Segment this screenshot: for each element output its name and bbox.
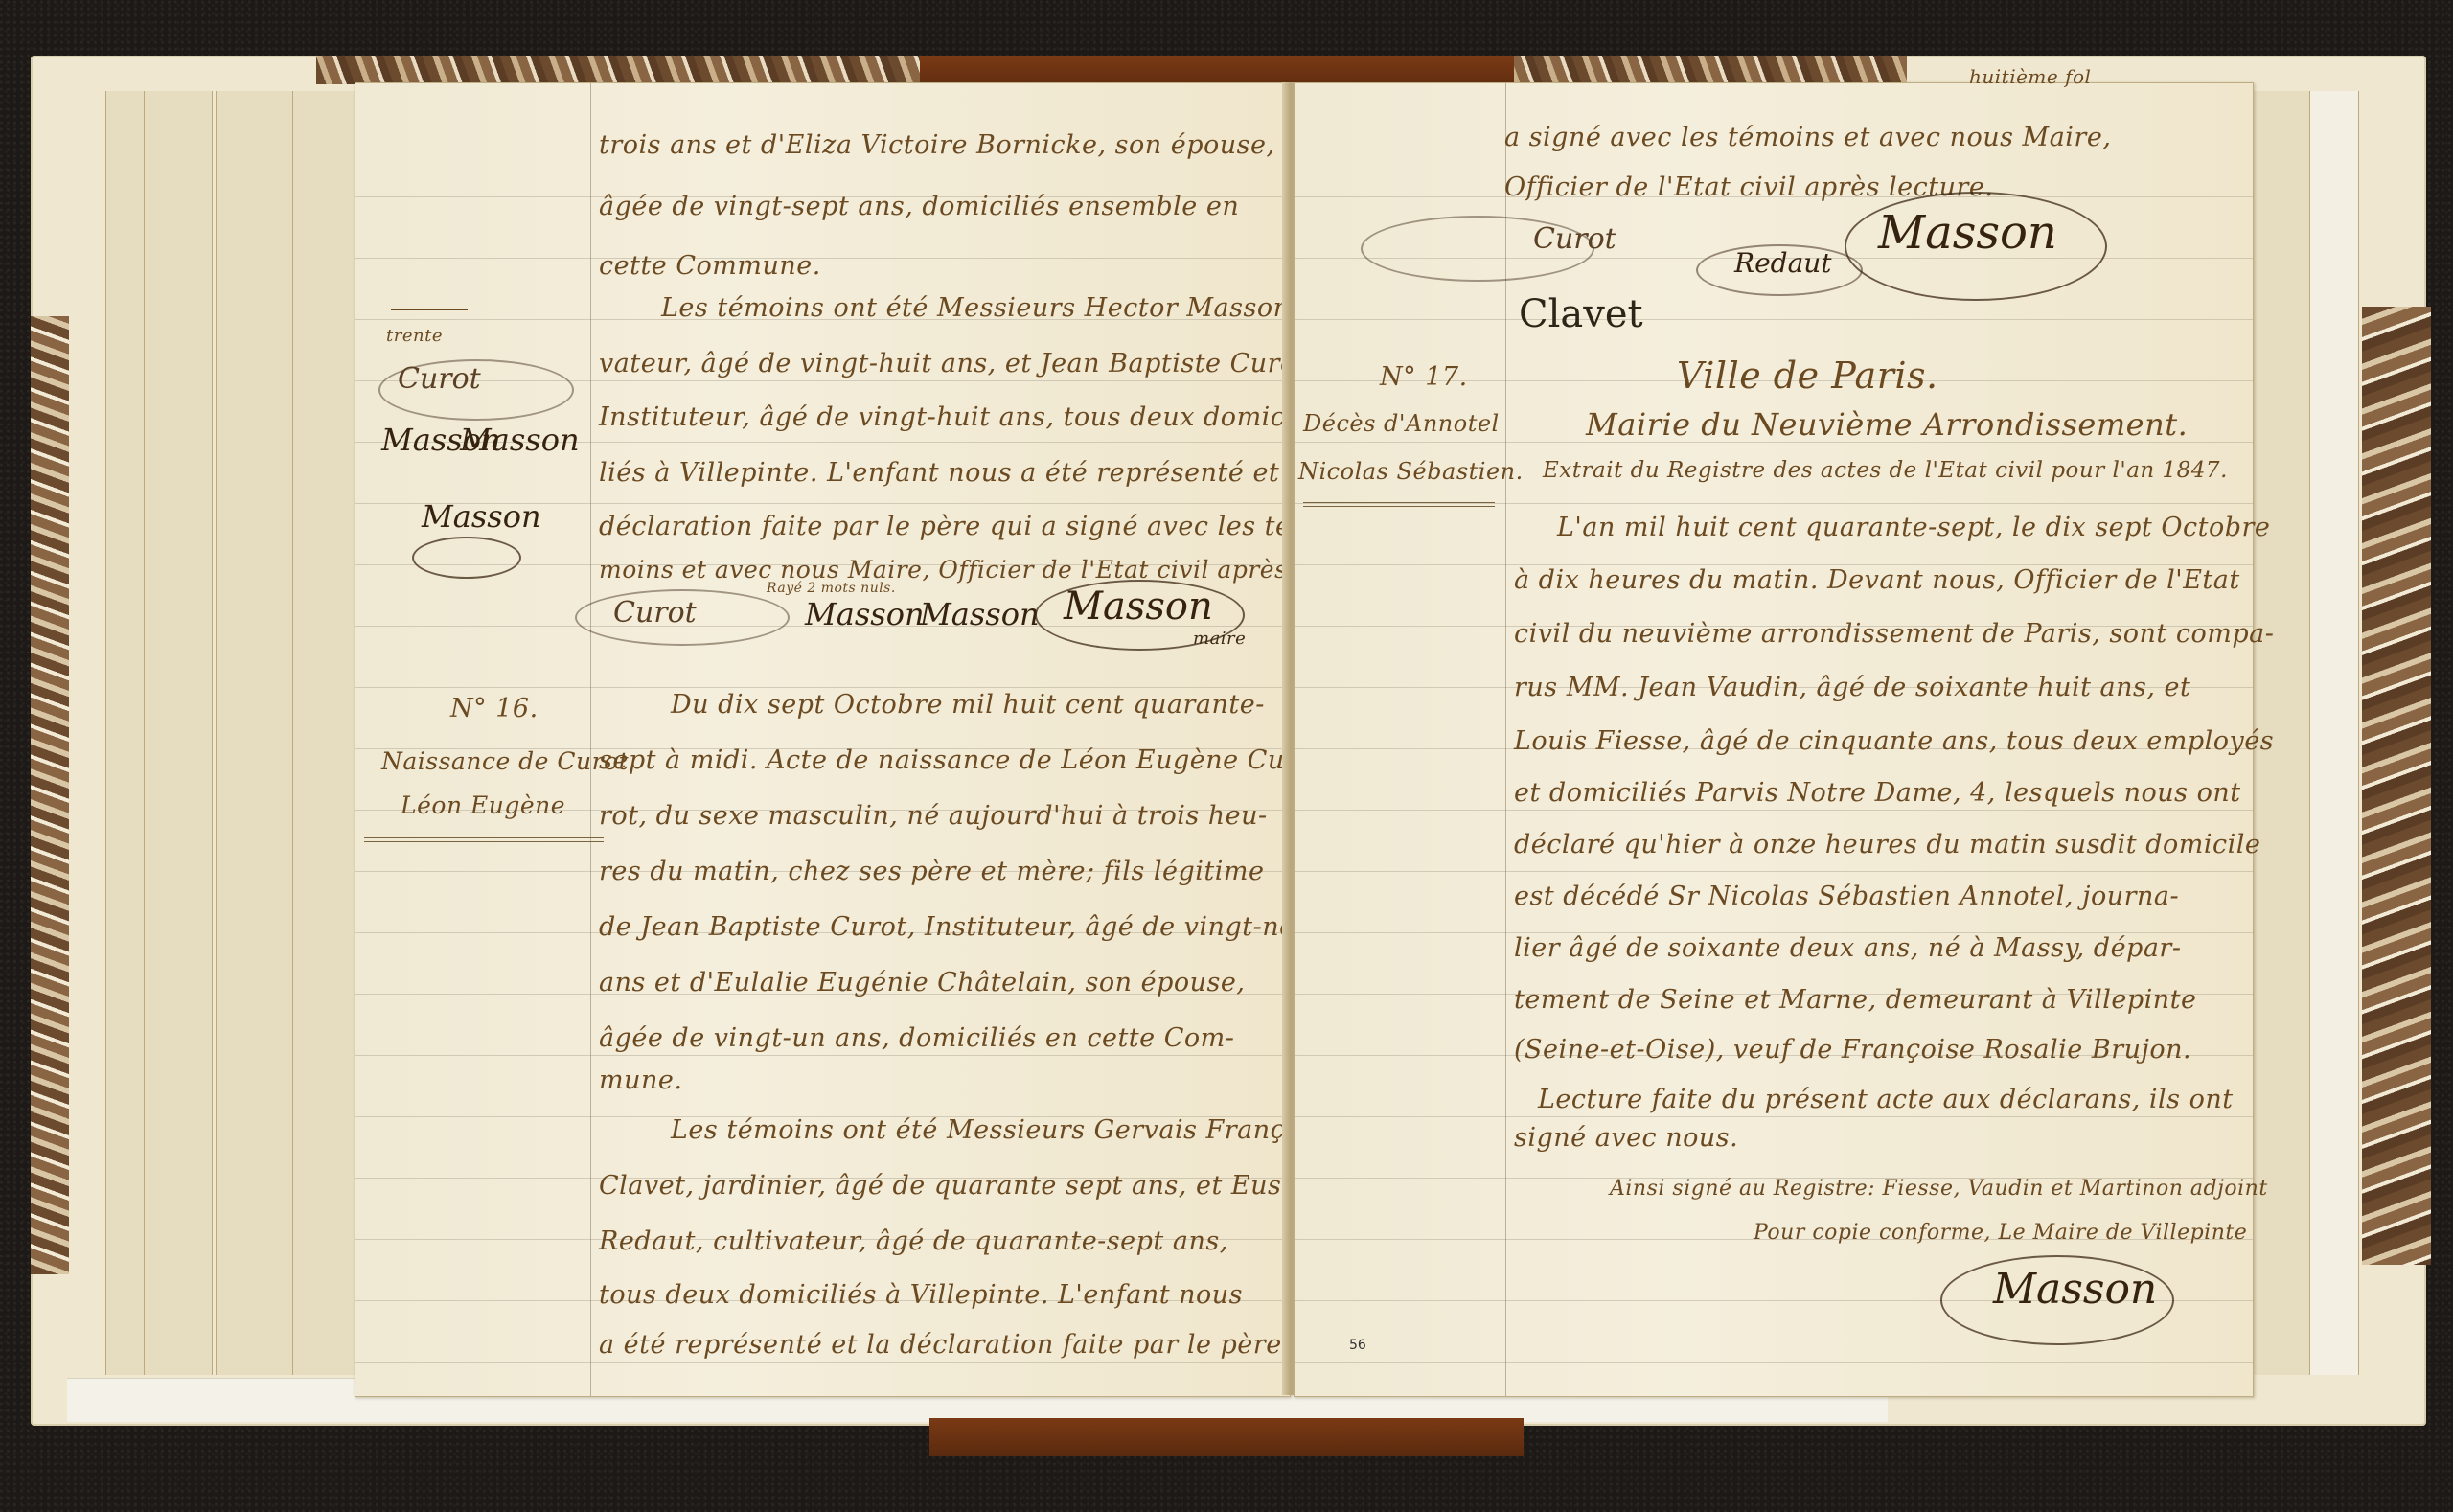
- text-line: Les témoins ont été Messieurs Gervais Fr…: [671, 1115, 1324, 1145]
- text-line: Louis Fiesse, âgé de cinquante ans, tous…: [1514, 726, 2274, 756]
- signature-masson-3: Masson: [422, 498, 541, 535]
- folio-note: huitième fol: [1969, 65, 2091, 88]
- text-line: Lecture faite du présent acte aux déclar…: [1538, 1085, 2234, 1114]
- signature-masson-a: Masson: [805, 596, 925, 632]
- text-line: tement de Seine et Marne, demeurant à Vi…: [1514, 985, 2197, 1015]
- signature-masson-b: Masson: [920, 596, 1040, 632]
- marbled-endpaper-top-right: [1504, 56, 1907, 84]
- signature-masson-2: Masson: [460, 422, 580, 458]
- margin-rule: [590, 83, 591, 1396]
- text-line: trois ans et d'Eliza Victoire Bornicke, …: [599, 130, 1275, 160]
- text-line: âgée de vingt-un ans, domiciliés en cett…: [599, 1023, 1234, 1053]
- page-edge-stack-left-2: [144, 91, 213, 1375]
- closing-line-1: Ainsi signé au Registre: Fiesse, Vaudin …: [1610, 1177, 2268, 1201]
- text-line: moins et avec nous Maire, Officier de l'…: [599, 556, 1392, 584]
- page-edge-stack-left-3: [216, 91, 304, 1375]
- page-edge-stack-left-4: [292, 91, 361, 1375]
- text-line: sept à midi. Acte de naissance de Léon E…: [599, 745, 1294, 775]
- text-line: res du matin, chez ses père et mère; fil…: [599, 857, 1264, 886]
- entry-title-line2: Nicolas Sébastien.: [1298, 458, 1524, 485]
- text-line: civil du neuvième arrondissement de Pari…: [1514, 619, 2274, 649]
- signature-masson-maire: Masson: [1064, 584, 1213, 629]
- text-line: Instituteur, âgé de vingt-huit ans, tous…: [599, 402, 1303, 432]
- signature-flourish: [412, 537, 521, 579]
- text-line: cette Commune.: [599, 251, 821, 281]
- entry-title-line2: Léon Eugène: [401, 791, 565, 819]
- signature-curot: Curot: [398, 362, 481, 396]
- heading-extract: Extrait du Registre des actes de l'Etat …: [1543, 458, 2228, 483]
- signature-clavet: Clavet: [1519, 292, 1643, 336]
- ruled-lines: [1295, 136, 2253, 1396]
- margin-insert-mark: [391, 309, 468, 310]
- text-line: signé avec nous.: [1514, 1123, 1738, 1153]
- signature-curot: Curot: [613, 596, 697, 630]
- entry-divider: [1303, 502, 1495, 507]
- text-line: âgée de vingt-sept ans, domiciliés ensem…: [599, 192, 1239, 221]
- entry-number-17: N° 17.: [1380, 362, 1468, 392]
- text-line: ans et d'Eulalie Eugénie Châtelain, son …: [599, 968, 1245, 997]
- text-line: liés à Villepinte. L'enfant nous a été r…: [599, 458, 1313, 488]
- text-line: Clavet, jardinier, âgé de quarante sept …: [599, 1171, 1356, 1201]
- marbled-endpaper-right: [2362, 307, 2431, 1265]
- text-line: lier âgé de soixante deux ans, né à Mass…: [1514, 933, 2181, 963]
- page-edge-stack-right-3: [2309, 91, 2359, 1375]
- text-line: de Jean Baptiste Curot, Instituteur, âgé…: [599, 912, 1322, 942]
- signature-masson: Masson: [1878, 206, 2057, 260]
- text-line: rus MM. Jean Vaudin, âgé de soixante hui…: [1514, 673, 2190, 702]
- page-number: 56: [1349, 1338, 1366, 1353]
- entry-title-line1: Naissance de Curot: [381, 747, 629, 775]
- closing-line-2: Pour copie conforme, Le Maire de Villepi…: [1754, 1221, 2247, 1245]
- text-line: déclaré qu'hier à onze heures du matin s…: [1514, 830, 2260, 859]
- entry-divider: [364, 837, 604, 842]
- heading-city: Ville de Paris.: [1677, 355, 1938, 397]
- text-line: mune.: [599, 1065, 682, 1095]
- text-line: Redaut, cultivateur, âgé de quarante-sep…: [599, 1226, 1228, 1256]
- text-line: Les témoins ont été Messieurs Hector Mas…: [661, 293, 1377, 323]
- text-line: tous deux domiciliés à Villepinte. L'enf…: [599, 1280, 1243, 1310]
- binding-strap-bottom: [929, 1418, 1524, 1456]
- text-line: déclaration faite par le père qui a sign…: [599, 512, 1300, 541]
- text-line: Du dix sept Octobre mil huit cent quaran…: [671, 690, 1265, 720]
- entry-title-line1: Décès d'Annotel: [1303, 410, 1500, 437]
- margin-correction-word: trente: [386, 326, 443, 346]
- signature-title-maire: maire: [1193, 629, 1246, 649]
- text-line: a été représenté et la déclaration faite…: [599, 1330, 1334, 1360]
- marbled-endpaper-left: [31, 316, 69, 1274]
- signature-curot: Curot: [1533, 222, 1616, 256]
- text-line: a signé avec les témoins et avec nous Ma…: [1504, 123, 2111, 152]
- text-line: et domiciliés Parvis Notre Dame, 4, lesq…: [1514, 778, 2241, 808]
- text-line: rot, du sexe masculin, né aujourd'hui à …: [599, 801, 1268, 831]
- heading-mairie: Mairie du Neuvième Arrondissement.: [1586, 406, 2188, 443]
- rature-note: Rayé 2 mots nuls.: [767, 581, 896, 596]
- signature-masson-final: Masson: [1993, 1265, 2157, 1314]
- signature-redaut: Redaut: [1734, 247, 1832, 279]
- text-line: à dix heures du matin. Devant nous, Offi…: [1514, 565, 2240, 595]
- text-line: (Seine-et-Oise), veuf de Françoise Rosal…: [1514, 1035, 2191, 1065]
- text-line: vateur, âgé de vingt-huit ans, et Jean B…: [599, 349, 1307, 378]
- text-line: est décédé Sr Nicolas Sébastien Annotel,…: [1514, 882, 2179, 911]
- entry-number-16: N° 16.: [450, 694, 539, 723]
- text-line: L'an mil huit cent quarante-sept, le dix…: [1557, 513, 2270, 542]
